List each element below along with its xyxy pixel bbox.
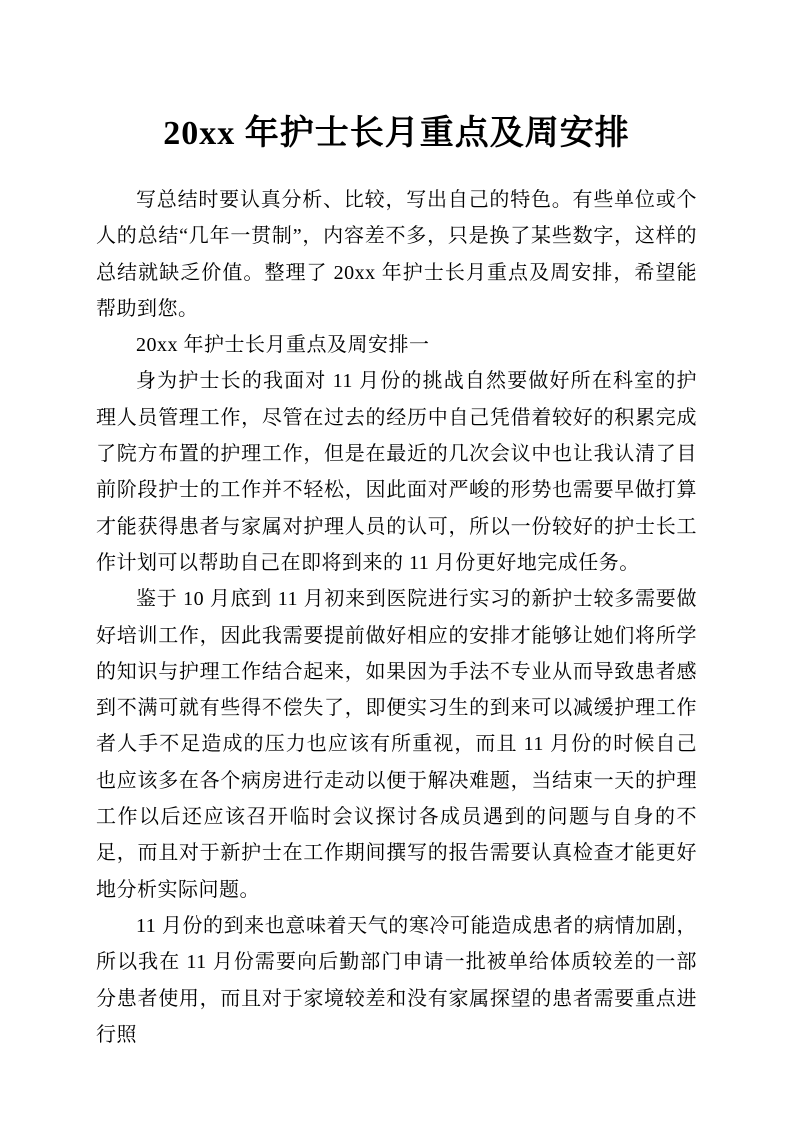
paragraph-intro: 写总结时要认真分析、比较，写出自己的特色。有些单位或个人的总结“几年一贯制”，内… [96, 182, 697, 327]
document-title: 20xx 年护士长月重点及周安排 [96, 0, 697, 158]
paragraph-november: 11 月份的到来也意味着天气的寒冷可能造成患者的病情加剧，所以我在 11 月份需… [96, 908, 697, 1053]
document-page: 20xx 年护士长月重点及周安排 写总结时要认真分析、比较，写出自己的特色。有些… [0, 0, 793, 1122]
document-body: 写总结时要认真分析、比较，写出自己的特色。有些单位或个人的总结“几年一贯制”，内… [96, 182, 697, 1053]
paragraph-plan-overview: 身为护士长的我面对 11 月份的挑战自然要做好所在科室的护理人员管理工作，尽管在… [96, 363, 697, 581]
paragraph-training: 鉴于 10 月底到 11 月初来到医院进行实习的新护士较多需要做好培训工作，因此… [96, 581, 697, 908]
paragraph-subtitle: 20xx 年护士长月重点及周安排一 [96, 327, 697, 363]
